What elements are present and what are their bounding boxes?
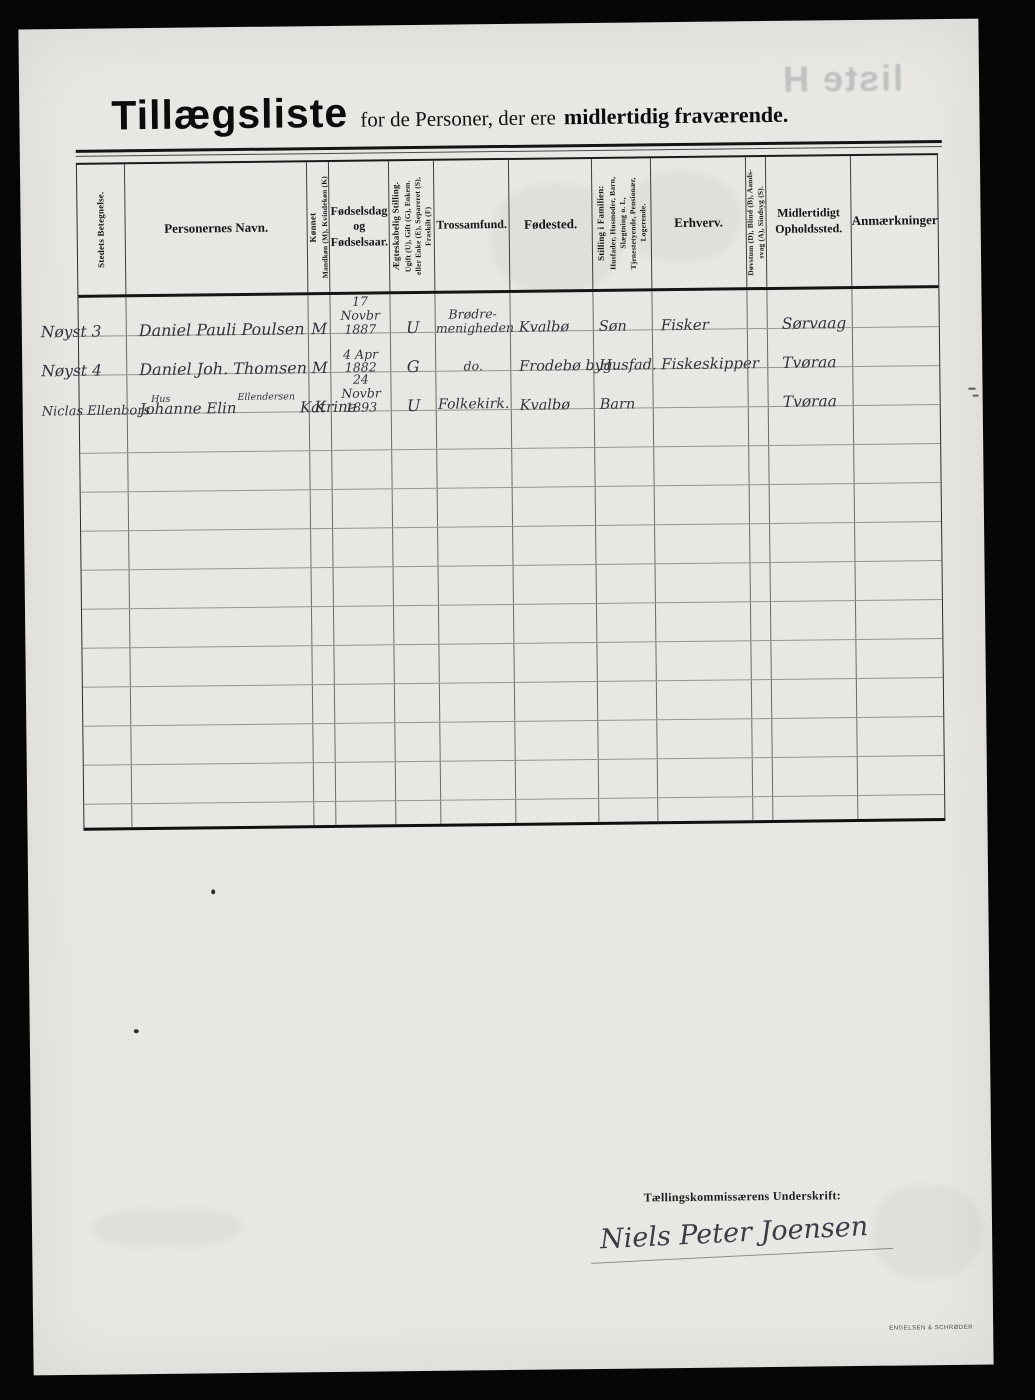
cell-ophold: Tvøraa [767,328,852,367]
empty-cell [84,765,131,804]
form-subtitle: for de Personer, der ere [360,105,556,132]
empty-cell [596,564,655,603]
empty-cell [84,804,131,828]
empty-cell [854,483,941,522]
empty-cell [333,645,393,684]
empty-cell [436,449,511,488]
empty-cell [771,679,856,718]
empty-cell [438,605,513,644]
cell-tros: do. [435,332,510,371]
cell-erhverv: Fisker [651,290,746,329]
empty-cell [857,756,944,795]
header-cell-trossamfund: Trossamfund. [433,160,509,291]
empty-cell [653,446,748,485]
empty-cell [653,407,748,446]
census-form-page: liste H Tillægsliste for de Personer, de… [18,19,993,1376]
header-cell-fodselsdag: Fødselsdag og Fødselsaar. [328,161,389,292]
form-subtitle-bold: midlertidig fraværende. [564,102,789,131]
printer-mark: ENGELSEN & SCHRØDER [889,1325,973,1332]
empty-cell [309,451,331,489]
header-cell-erhverv: Erhverv. [650,157,746,288]
empty-cell [335,762,395,801]
header-cell-personernes-navn: Personernes Navn. [124,162,307,294]
empty-cell [514,682,597,721]
empty-cell [82,609,129,648]
empty-cell [512,526,595,565]
empty-cell [594,408,653,447]
empty-cell [310,529,332,567]
header-label: Fødested. [524,216,577,233]
bleedthrough-ghost-text: liste H [781,57,904,100]
ink-speck [969,388,976,390]
empty-cell [131,763,313,803]
header-cell-konnet: KønnetMandkøn (M), Kvindekøn (K) [306,162,329,292]
empty-cell [856,678,943,717]
empty-cell [749,524,769,562]
empty-cell [769,523,854,562]
empty-cell [514,721,597,760]
cell-ophold: Sørvaag [766,289,851,328]
cell-dov [747,368,767,406]
cell-stilling: Søn [592,291,651,330]
cell-stilling: Husfad. [593,330,652,369]
empty-cell [311,568,333,606]
empty-cell [127,412,309,452]
empty-cell [313,763,335,801]
empty-cell [440,761,515,800]
commissioner-signature: Niels Peter Joensen [589,1210,893,1264]
header-label-sub: Mandkøn (M), Kvindekøn (K) [319,176,329,278]
header-label-main: Stilling i Familien: [594,177,609,270]
empty-cell [128,490,310,530]
empty-cell [752,758,772,796]
empty-cell [129,646,311,686]
empty-cell [83,687,130,726]
empty-cell [438,644,513,683]
empty-cell [394,684,439,723]
entry-tros: Brødre- menigheden [436,307,510,335]
empty-cell [309,412,331,450]
empty-cell [512,487,595,526]
cell-sted: Nøyst 3 [78,297,125,336]
empty-cell [127,451,309,491]
empty-cell [310,490,332,528]
empty-cell [82,648,129,687]
empty-cell [393,606,438,645]
empty-cell [393,567,438,606]
header-label-sub: Ugift (U), Gift (G), Enkem. eller Enke (… [403,177,434,275]
cell-fodt: 24 Novbr 1893 [330,372,390,411]
empty-cell [771,718,856,757]
entry-fodt: 24 Novbr 1893 [331,372,390,414]
empty-cell [312,724,334,762]
empty-cell [770,601,855,640]
empty-cell [393,645,438,684]
header-cell-fodested: Fødested. [508,159,592,290]
empty-cell [752,797,772,820]
empty-cell [129,607,311,647]
empty-cell [439,683,514,722]
empty-cell [655,602,750,641]
empty-cell [751,680,771,718]
empty-cell [856,717,943,756]
cell-fodested: Kvalbø [510,370,593,409]
ink-speck [134,1029,139,1033]
empty-cell [313,802,335,825]
empty-cell [333,606,393,645]
cell-aegt: G [390,333,435,372]
empty-cell [334,684,394,723]
empty-cell [598,798,657,822]
empty-cell [511,448,594,487]
empty-cell [395,801,440,825]
header-label: Fødselsdag og Fødselsaar. [330,203,388,250]
empty-cell [128,529,310,569]
empty-cell [395,762,440,801]
empty-cell [768,406,853,445]
scanned-document: liste H Tillægsliste for de Personer, de… [0,0,1035,1400]
empty-cell [513,643,596,682]
empty-cell [333,567,393,606]
cell-tros: Folkekirk. [435,371,510,410]
empty-cell [394,723,439,762]
header-label: Stilling i Familien:Husfader, Husmoder, … [594,177,649,271]
empty-cell [130,685,312,725]
empty-cell [311,607,333,645]
empty-cell [595,525,654,564]
signature-label: Tællingskommissærens Underskrift: [644,1188,842,1205]
cell-kon: M [307,295,329,333]
empty-cell [750,641,770,679]
header-cell-aegteskabelig-stilling: Ægteskabelig Stilling.Ugift (U), Gift (G… [388,161,434,292]
scan-smudge [92,1207,242,1249]
empty-cell [513,565,596,604]
empty-cell [392,528,437,567]
empty-cell [772,796,857,820]
header-label-sub: Husfader, Husmoder, Barn, Slægtning o. L… [608,177,650,270]
header-label: Stedets Betegnelse. [94,191,107,267]
empty-cell [769,484,854,523]
cell-navn: Daniel Joh. Thomsen [126,334,308,374]
cell-dov [747,329,767,367]
empty-cell [332,489,392,528]
empty-cell [657,797,752,821]
header-cell-anmaerkninger: Anmærkninger [850,155,938,286]
empty-cell [437,488,512,527]
cell-sted: Nøyst 4 [79,336,126,375]
cell-anm [852,327,939,366]
empty-cell [335,801,395,825]
form-header: Tillægsliste for de Personer, der ere mi… [111,85,788,140]
header-label-main: Kønnet [306,176,321,278]
cell-fodt: 4 Apr 1882 [330,333,390,372]
empty-cell [81,492,128,531]
cell-navn: Johanne ElinEllendersen Katrine [126,373,308,413]
empty-cell [511,409,594,448]
empty-cell [857,795,944,819]
empty-cell [438,566,513,605]
empty-cell [855,600,942,639]
empty-cell [391,411,436,450]
empty-cell [853,405,940,444]
empty-cell [391,450,436,489]
header-cell-stilling-i-familien: Stilling i Familien:Husfader, Husmoder, … [591,158,651,289]
cell-aegt: U [389,294,434,333]
empty-cell [854,561,941,600]
empty-cell [770,640,855,679]
empty-cell [130,724,312,764]
entry-fodt: 17 Novbr 1887 [330,294,389,336]
header-label: Ægteskabelig Stilling.Ugift (U), Gift (G… [389,177,434,276]
cell-fodt: 17 Novbr 1887 [329,294,389,333]
empty-cell [772,757,857,796]
ink-speck [211,889,215,894]
empty-cell [515,799,598,823]
empty-cell [751,719,771,757]
census-table: Stedets Betegnelse. Personernes Navn. Kø… [76,153,946,831]
cell-stilling: Barn [593,369,652,408]
empty-cell [331,450,391,489]
empty-cell [654,524,749,563]
empty-cell [768,445,853,484]
empty-cell [598,759,657,798]
header-label: Trossamfund. [436,217,507,233]
empty-cell [437,527,512,566]
empty-cell [854,522,941,561]
empty-cell [749,563,769,601]
cell-erhverv [652,368,747,407]
header-label-main: Ægteskabelig Stilling. [389,177,404,275]
empty-cell [853,444,940,483]
empty-cell [595,486,654,525]
cell-dov [746,290,766,328]
header-cell-dovstum: Døvstum (D), Blind (B), Aands- svag (A),… [745,157,766,287]
cell-kon: K [308,373,330,411]
empty-cell [83,726,130,765]
empty-cell [440,800,515,824]
empty-cell [129,568,311,608]
empty-cell [597,720,656,759]
entry-navn-sup: Ellendersen [237,392,295,404]
header-cell-stedets-betegnelse: Stedets Betegnelse. [77,164,125,295]
empty-cell [81,531,128,570]
empty-cell [655,641,750,680]
table-header-row: Stedets Betegnelse. Personernes Navn. Kø… [77,155,938,298]
empty-cell [656,719,751,758]
empty-cell [657,758,752,797]
empty-cell [654,485,749,524]
header-label: Personernes Navn. [164,219,268,237]
header-label: Erhverv. [674,214,723,231]
form-title: Tillægsliste [111,90,348,140]
cell-erhverv: Fiskeskipper [652,329,747,368]
empty-cell [331,411,391,450]
cell-ophold: Tvøraa [767,367,852,406]
empty-cell [749,485,769,523]
cell-fodested: Kvalbø [509,292,592,331]
empty-cell [436,410,511,449]
cell-anm [852,366,939,405]
empty-cell [750,602,770,640]
header-label: Anmærkninger [852,212,938,230]
empty-cell [656,680,751,719]
empty-cell [311,646,333,684]
empty-cell [594,447,653,486]
empty-cell [748,446,768,484]
cell-aegt: U [390,372,435,411]
empty-cell [748,407,768,445]
header-label: Døvstum (D), Blind (B), Aands- svag (A),… [745,169,766,276]
header-cell-midlertidigt-opholdssted: Midlertidigt Opholdssted. [765,156,851,287]
empty-cell [332,528,392,567]
cell-kon: M [308,334,330,372]
cell-anm [851,288,938,327]
empty-cell [82,570,129,609]
ink-speck [973,395,979,397]
cell-navn: Daniel Pauli Poulsen [125,295,307,335]
empty-cell [439,722,514,761]
empty-cell [769,562,854,601]
header-label: KønnetMandkøn (M), Kvindekøn (K) [306,176,329,279]
table-body: Nøyst 3 Daniel Pauli Poulsen M 17 Novbr … [78,288,944,828]
cell-sted: Niclas EllenborsHus [79,375,126,414]
empty-cell [855,639,942,678]
empty-cell [596,603,655,642]
cell-fodested: Frodebø byg. [510,331,593,370]
empty-cell [131,802,313,827]
empty-cell [80,414,127,453]
header-label: Midlertidigt Opholdssted. [775,206,842,238]
empty-cell [334,723,394,762]
empty-cell [596,642,655,681]
empty-cell [312,685,334,723]
empty-cell [597,681,656,720]
empty-cell [513,604,596,643]
empty-cell [80,453,127,492]
empty-cell [392,489,437,528]
cell-tros: Brødre- menigheden [434,293,509,332]
empty-cell [515,760,598,799]
empty-cell [655,563,750,602]
